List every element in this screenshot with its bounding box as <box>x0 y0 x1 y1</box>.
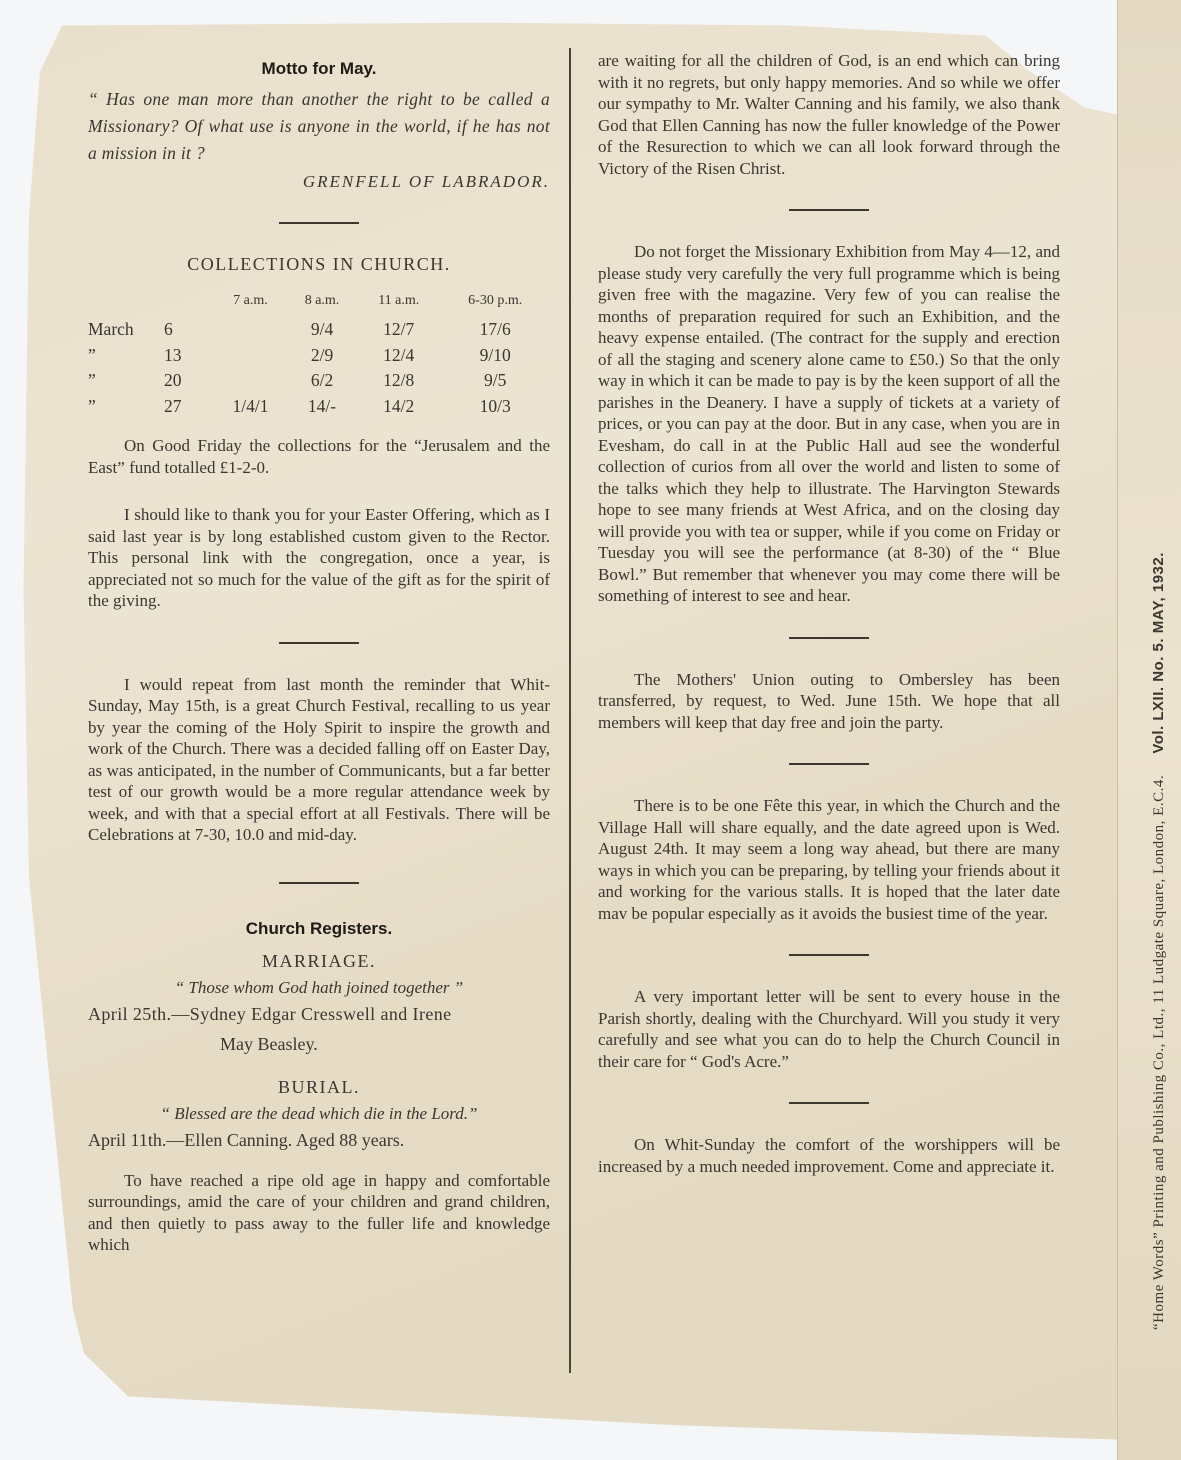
table-cell-pm630: 9/5 <box>440 368 550 394</box>
column-divider <box>569 48 571 1373</box>
col-header-8am: 8 a.m. <box>287 290 357 318</box>
table-cell-am11: 12/4 <box>357 343 440 369</box>
section-rule <box>789 209 869 211</box>
table-cell-day: 6 <box>164 317 214 343</box>
right-column: are waiting for all the children of God,… <box>598 50 1060 1177</box>
section-rule <box>279 642 359 644</box>
motto-quote: “ Has one man more than another the righ… <box>88 86 550 167</box>
section-rule <box>789 1102 869 1104</box>
good-friday-paragraph: On Good Friday the collections for the “… <box>88 435 550 478</box>
table-row: ”132/912/49/10 <box>88 343 550 369</box>
collections-title: COLLECTIONS IN CHURCH. <box>88 254 550 276</box>
table-cell-day: 20 <box>164 368 214 394</box>
margin-imprint: “Home Words” Printing and Publishing Co.… <box>1150 552 1168 1330</box>
ripe-old-age-paragraph: To have reached a ripe old age in happy … <box>88 1170 550 1256</box>
table-cell-day: 13 <box>164 343 214 369</box>
table-cell-am11: 12/7 <box>357 317 440 343</box>
table-cell-month: ” <box>88 368 164 394</box>
fete-paragraph: There is to be one Fête this year, in wh… <box>598 795 1060 924</box>
burial-title: BURIAL. <box>88 1077 550 1099</box>
table-cell-day: 27 <box>164 394 214 420</box>
printer-imprint: “Home Words” Printing and Publishing Co.… <box>1151 775 1167 1330</box>
left-column: Motto for May. “ Has one man more than a… <box>88 58 550 1256</box>
table-cell-am8: 2/9 <box>287 343 357 369</box>
section-rule <box>279 882 359 884</box>
table-cell-month: ” <box>88 343 164 369</box>
section-rule <box>789 763 869 765</box>
table-cell-am11: 14/2 <box>357 394 440 420</box>
marriage-entry: April 25th.—Sydney Edgar Cresswell and I… <box>88 1004 550 1026</box>
burial-entry: April 11th.—Ellen Canning. Aged 88 years… <box>88 1130 550 1152</box>
table-row: ”271/4/114/-14/210/3 <box>88 394 550 420</box>
table-cell-am11: 12/8 <box>357 368 440 394</box>
burial-quote: “ Blessed are the dead which die in the … <box>88 1103 550 1125</box>
mothers-union-paragraph: The Mothers' Union outing to Ombersley h… <box>598 669 1060 734</box>
marriage-quote: “ Those whom God hath joined together ” <box>88 977 550 999</box>
marriage-title: MARRIAGE. <box>88 951 550 973</box>
letter-paragraph: A very important letter will be sent to … <box>598 986 1060 1072</box>
issue-info: Vol. LXII. No. 5. MAY, 1932. <box>1150 552 1167 754</box>
table-cell-am8: 9/4 <box>287 317 357 343</box>
motto-title: Motto for May. <box>88 58 550 80</box>
table-cell-am7 <box>214 368 287 394</box>
col-header-11am: 11 a.m. <box>357 290 440 318</box>
table-cell-pm630: 9/10 <box>440 343 550 369</box>
col-header <box>88 290 164 318</box>
table-cell-am8: 14/- <box>287 394 357 420</box>
table-cell-am7 <box>214 343 287 369</box>
exhibition-paragraph: Do not forget the Missionary Exhibition … <box>598 241 1060 607</box>
table-cell-am7: 1/4/1 <box>214 394 287 420</box>
whit-sunday-paragraph: I would repeat from last month the remin… <box>88 674 550 846</box>
easter-offering-paragraph: I should like to thank you for your East… <box>88 504 550 612</box>
table-cell-am7 <box>214 317 287 343</box>
col-header <box>164 290 214 318</box>
marriage-entry-cont: May Beasley. <box>88 1034 550 1056</box>
section-rule <box>279 222 359 224</box>
col-header-7am: 7 a.m. <box>214 290 287 318</box>
table-cell-month: ” <box>88 394 164 420</box>
col-header-630pm: 6-30 p.m. <box>440 290 550 318</box>
table-cell-pm630: 17/6 <box>440 317 550 343</box>
cover-edge-strip <box>1117 0 1181 1460</box>
table-row: ”206/212/89/5 <box>88 368 550 394</box>
improvement-paragraph: On Whit-Sunday the comfort of the worshi… <box>598 1134 1060 1177</box>
table-row: March69/412/717/6 <box>88 317 550 343</box>
registers-title: Church Registers. <box>88 918 550 940</box>
table-cell-month: March <box>88 317 164 343</box>
section-rule <box>789 637 869 639</box>
table-cell-am8: 6/2 <box>287 368 357 394</box>
section-rule <box>789 954 869 956</box>
motto-attribution: GRENFELL OF LABRADOR. <box>88 171 550 193</box>
collections-table: 7 a.m. 8 a.m. 11 a.m. 6-30 p.m. March69/… <box>88 290 550 420</box>
continuation-paragraph: are waiting for all the children of God,… <box>598 50 1060 179</box>
table-cell-pm630: 10/3 <box>440 394 550 420</box>
